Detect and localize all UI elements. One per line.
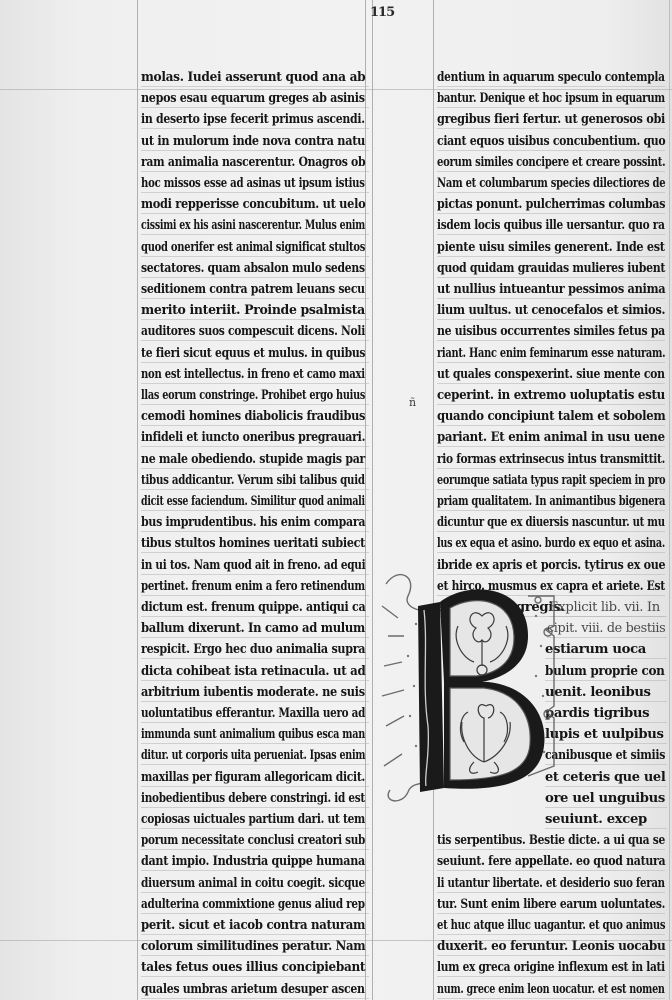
text-line: dicit esse faciendum. Similitur quod ani…	[141, 494, 365, 510]
text-line: copiosas uictuales partium dari. ut tem	[141, 812, 365, 828]
ruling-line	[141, 150, 369, 151]
ruling-line	[437, 998, 665, 999]
folio-number: 115	[370, 5, 394, 20]
right-text-column: dentium in aquarum speculo contemplabant…	[437, 70, 669, 950]
gutter-rule	[372, 0, 373, 1000]
text-line: merito interiit. Proinde psalmista	[141, 303, 365, 319]
text-line: li utantur libertate. et desiderio suo f…	[437, 876, 665, 892]
ruling-line	[141, 934, 369, 935]
ruling-line	[437, 256, 665, 257]
ruling-line	[437, 107, 665, 108]
margin-mark: ñ	[409, 396, 416, 409]
ruling-line	[437, 892, 665, 893]
ruling-line	[141, 383, 369, 384]
ruling-line	[437, 468, 665, 469]
ruling-line	[141, 277, 369, 278]
text-line: dicta cohibeat ista retinacula. ut ad	[141, 664, 365, 680]
ruling-line	[549, 616, 667, 617]
ruling-line	[141, 574, 369, 575]
text-line: dicuntur que ex diuersis nascuntur. ut m…	[437, 515, 665, 531]
text-line: et huc atque illuc uagantur. et quo anim…	[437, 918, 665, 934]
text-line: ore uel unguibus	[545, 791, 665, 807]
text-line: cissimi ex his asini nascerentur. Mulus …	[141, 218, 365, 234]
ruling-line	[545, 807, 667, 808]
ruling-line	[437, 955, 665, 956]
ruling-line	[141, 595, 369, 596]
text-line: ceperint. in extremo uoluptatis estu	[437, 388, 665, 404]
ruling-line	[437, 934, 665, 935]
ruling-line	[141, 510, 369, 511]
ruling-line	[141, 234, 369, 235]
ruling-line	[141, 955, 369, 956]
text-line: eorum similes concipere et creare possin…	[437, 155, 665, 171]
text-line: tibus stultos homines ueritati subiect	[141, 536, 365, 552]
ruling-line	[141, 616, 369, 617]
text-line: pictas ponunt. pulcherrimas columbas	[437, 197, 665, 213]
ruling-line	[437, 171, 665, 172]
ruling-line	[141, 637, 369, 638]
ruling-line	[141, 425, 369, 426]
text-line: dictum est. frenum quippe. antiqui ca	[141, 600, 365, 616]
text-line: ut in mulorum inde nova contra natu	[141, 134, 365, 150]
text-line: te fieri sicut equus et mulus. in quibus	[141, 346, 365, 362]
right-edge-rule	[669, 0, 670, 1000]
text-line: adulterina commixtione genus aliud rep	[141, 897, 365, 913]
text-line: riant. Hanc enim feminarum esse naturam.	[437, 346, 665, 362]
ruling-line	[437, 510, 665, 511]
ruling-line	[141, 531, 369, 532]
ruling-line	[141, 976, 369, 977]
ruling-line	[141, 892, 369, 893]
ruling-line	[437, 913, 665, 914]
ruling-line	[141, 107, 369, 108]
text-line: porum necessitate conclusi creatori sub	[141, 833, 365, 849]
text-line: llas eorum constringe. Prohibet ergo hui…	[141, 388, 365, 404]
ruling-line	[141, 128, 369, 129]
text-line: ciant equos uisibus concubentium. quo	[437, 134, 665, 150]
ruling-line	[437, 86, 665, 87]
ruling-line	[437, 446, 665, 447]
text-line: pertinet. frenum enim a fero retinendum	[141, 579, 365, 595]
text-line: tales fetus oues illius concipiebant	[141, 960, 365, 976]
text-line: inobedientibus debere constringi. id est	[141, 791, 365, 807]
ruling-line	[437, 489, 665, 490]
ruling-line	[437, 298, 665, 299]
text-line: lium uultus. ut cenocefalos et simios.	[437, 303, 665, 319]
right-column-rule	[433, 0, 434, 1000]
text-line: tis serpentibus. Bestie dicte. a ui qua …	[437, 833, 665, 849]
ruling-line	[141, 764, 369, 765]
text-line: auditores suos compescuit dicens. Noli	[141, 324, 365, 340]
text-line: molas. Iudei asserunt quod ana ab	[141, 70, 365, 86]
ruling-line	[141, 319, 369, 320]
text-line: pariant. Et enim animal in usu uene	[437, 430, 665, 446]
ruling-line	[141, 849, 369, 850]
ruling-line	[545, 722, 667, 723]
ruling-line	[437, 404, 665, 405]
ruling-line	[141, 213, 369, 214]
text-line: ut quales conspexerint. siue mente con	[437, 367, 665, 383]
ruling-line	[141, 722, 369, 723]
text-line: canibusque et simiis	[545, 748, 665, 764]
text-line: isdem locis quibus ille uersantur. quo r…	[437, 218, 665, 234]
text-line: non est intellectus. in freno et camo ma…	[141, 367, 365, 383]
ruling-line	[141, 468, 369, 469]
text-line: seditionem contra patrem leuans secu	[141, 282, 365, 298]
text-line: ram animalia nascerentur. Onagros ob	[141, 155, 365, 171]
ruling-line	[141, 658, 369, 659]
ruling-line	[141, 701, 369, 702]
text-line: dentium in aquarum speculo contempla	[437, 70, 665, 86]
ruling-line	[545, 828, 667, 829]
rubric-explicit: Explicit lib. vii. In	[549, 600, 660, 616]
ruling-line	[141, 171, 369, 172]
ruling-line	[437, 150, 665, 151]
text-line: gregibus fieri fertur. ut generosos obi	[437, 112, 665, 128]
text-line: in ui tos. Nam quod ait in freno. ad equ…	[141, 558, 365, 574]
text-line: uoluntatibus efferantur. Maxilla uero ad	[141, 706, 365, 722]
text-line: seuiunt. fere appellate. eo quod natura	[437, 854, 665, 870]
left-text-column: molas. Iudei asserunt quod ana abnepos e…	[141, 70, 369, 950]
ruling-line	[141, 86, 369, 87]
ruling-line	[437, 277, 665, 278]
ruling-line	[437, 976, 665, 977]
text-line: ballum dixerunt. In camo ad mulum	[141, 621, 365, 637]
ruling-line	[437, 213, 665, 214]
text-line: arbitrium iubentis moderate. ne suis	[141, 685, 365, 701]
illuminated-initial-b	[378, 566, 562, 804]
manuscript-page: 115 ñ molas. Iudei asserunt quod ana abn…	[0, 0, 672, 1000]
text-line: tur. Sunt enim libere earum uoluntates.	[437, 897, 665, 913]
text-line: cemodi homines diabolicis fraudibus	[141, 409, 365, 425]
text-line: dant impio. Industria quippe humana	[141, 854, 365, 870]
text-line: lus ex equa et asino. burdo ex equo et a…	[437, 536, 665, 552]
text-line: piente uisu similes generent. Inde est	[437, 240, 665, 256]
text-line: quales umbras arietum desuper ascen	[141, 982, 365, 998]
ruling-line	[141, 192, 369, 193]
ruling-line	[437, 362, 665, 363]
rubric-incipit: cipit. viii. de bestiis	[547, 621, 665, 637]
text-line: bantur. Denique et hoc ipsum in equarum	[437, 91, 665, 107]
ruling-line	[437, 234, 665, 235]
ruling-line	[141, 552, 369, 553]
text-line: nepos esau equarum greges ab asinis	[141, 91, 365, 107]
text-line: lupis et uulpibus	[545, 727, 664, 743]
text-line: priam qualitatem. In animantibus bigener…	[437, 494, 665, 510]
ruling-line	[437, 849, 665, 850]
text-line: rio formas extrinsecus intus transmittit…	[437, 452, 665, 468]
ruling-line	[141, 489, 369, 490]
ruling-line	[141, 256, 369, 257]
text-line: eorumque satiata typus rapit speciem in …	[437, 473, 665, 489]
ruling-line	[141, 404, 369, 405]
ruling-line	[437, 128, 665, 129]
text-line: bus imprudentibus. his enim compara	[141, 515, 365, 531]
text-line: sectatores. quam absalon mulo sedens	[141, 261, 365, 277]
ruling-line	[141, 828, 369, 829]
left-column-rule	[137, 0, 138, 1000]
ruling-line	[545, 743, 667, 744]
ruling-line	[545, 701, 667, 702]
ruling-line	[437, 870, 665, 871]
text-line: lum ex greca origine inflexum est in lat…	[437, 960, 665, 976]
ruling-line	[545, 680, 667, 681]
ruling-line	[545, 764, 667, 765]
text-line: respicit. Ergo hec duo animalia supra	[141, 642, 365, 658]
ruling-line	[437, 383, 665, 384]
text-line: duxerit. eo feruntur. Leonis uocabu	[437, 939, 665, 955]
ruling-line	[141, 680, 369, 681]
ruling-line	[437, 425, 665, 426]
text-line: num. grece enim leon uocatur. et est nom…	[437, 982, 665, 998]
text-line: diuersum animal in coitu coegit. sicque	[141, 876, 365, 892]
text-line: hoc missos esse ad asinas ut ipsum istiu…	[141, 176, 365, 192]
text-line: modi repperisse concubitum. ut uelo	[141, 197, 365, 213]
ruling-line	[141, 870, 369, 871]
text-line: bulum proprie con	[545, 664, 665, 680]
text-line: quando concipiunt talem et sobolem	[437, 409, 665, 425]
text-line: Nam et columbarum species dilectiores de	[437, 176, 665, 192]
text-line: ut nullius intueantur pessimos anima	[437, 282, 665, 298]
text-line: perit. sicut et iacob contra naturam	[141, 918, 365, 934]
ruling-line	[141, 786, 369, 787]
ruling-line	[437, 192, 665, 193]
ruling-line	[141, 807, 369, 808]
ruling-line	[437, 531, 665, 532]
text-line: ne male obediendo. stupide magis par	[141, 452, 365, 468]
text-line: et ceteris que uel	[545, 770, 665, 786]
ruling-line	[141, 362, 369, 363]
text-line: seuiunt. excep	[545, 812, 647, 828]
ruling-line	[545, 786, 667, 787]
text-line: quod onerifer est animal significat stul…	[141, 240, 365, 256]
ruling-line	[141, 446, 369, 447]
ruling-line	[141, 743, 369, 744]
ruling-line	[141, 913, 369, 914]
ruling-line	[437, 319, 665, 320]
ruling-line	[141, 298, 369, 299]
text-line: immunda sunt animalium quibus esca man	[141, 727, 365, 743]
text-line: ne uisibus occurrentes similes fetus pa	[437, 324, 665, 340]
ruling-line	[545, 658, 667, 659]
ruling-line	[437, 340, 665, 341]
ruling-line	[547, 637, 667, 638]
ruling-line	[141, 998, 369, 999]
text-line: infideli et iuncto oneribus pregrauari.	[141, 430, 365, 446]
text-line: ditur. ut corporis uita perueniat. Ipsas…	[141, 748, 365, 764]
text-line: tibus addicantur. Verum sibi talibus qui…	[141, 473, 365, 489]
text-line: maxillas per figuram allegoricam dicit.	[141, 770, 365, 786]
text-line: in deserto ipse fecerit primus ascendi.	[141, 112, 365, 128]
text-line: colorum similitudines peratur. Nam	[141, 939, 365, 955]
ruling-line	[437, 552, 665, 553]
ruling-line	[141, 340, 369, 341]
text-line: quod quidam grauidas mulieres iubent	[437, 261, 665, 277]
